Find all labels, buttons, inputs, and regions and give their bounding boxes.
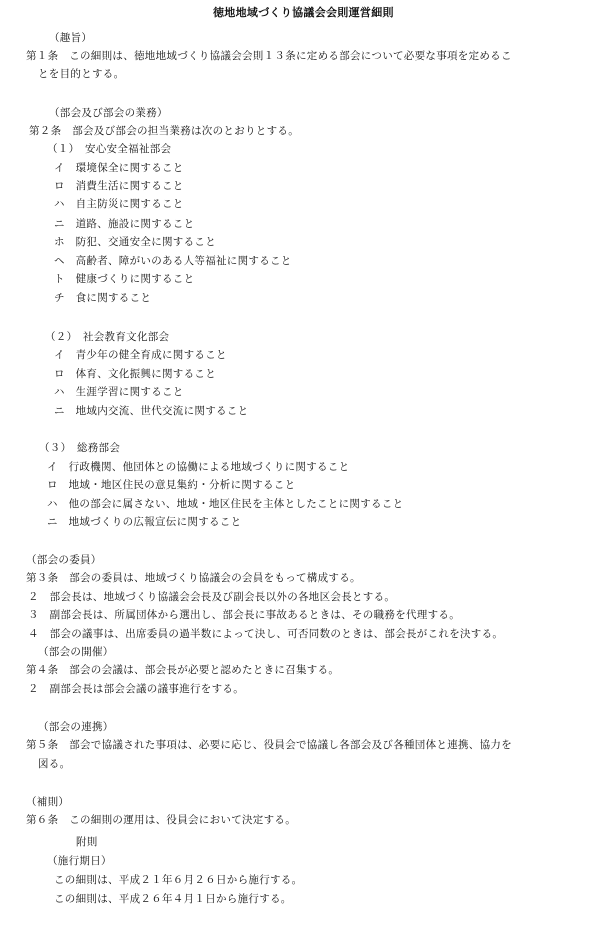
document-line: 第３条 部会の委員は、地域づくり協議会の会員をもって構成する。 (26, 571, 361, 585)
document-line: ヘ 高齢者、障がいのある人等福祉に関すること (54, 254, 292, 268)
document-line: 第６条 この細則の運用は、役員会において決定する。 (26, 813, 296, 827)
document-line: イ 環境保全に関すること (54, 161, 184, 175)
document-line: この細則は、平成２６年４月１日から施行する。 (54, 892, 292, 906)
document-line: ハ 自主防災に関すること (54, 197, 184, 211)
document-line: （部会の連携） (38, 720, 114, 734)
document-line: ３ 副部会長は、所属団体から選出し、部会長に事故あるときは、その職務を代理する。 (28, 608, 460, 622)
document-line: ニ 地域内交流、世代交流に関すること (54, 404, 248, 418)
document-line: ロ 消費生活に関すること (54, 179, 184, 193)
document-line: 第２条 部会及び部会の担当業務は次のとおりとする。 (29, 124, 299, 138)
document-line: （部会の開催） (38, 645, 114, 659)
document-line: （部会及び部会の業務） (49, 106, 168, 120)
document-line: ハ 他の部会に属さない、地域・地区住民を主体としたことに関すること (47, 497, 403, 511)
document-title: 徳地地域づくり協議会会則運営細則 (213, 6, 394, 20)
document-line: 第１条 この細則は、徳地地域づくり協議会会則１３条に定める部会について必要な事項… (26, 49, 512, 63)
document-line: （補則） (26, 795, 69, 809)
document-line: （１） 安心安全福祉部会 (47, 142, 171, 156)
document-line: 附則 (76, 835, 98, 849)
document-line: ニ 道路、施設に関すること (54, 217, 194, 231)
document-line: （２） 社会教育文化部会 (45, 330, 169, 344)
document-line: ２ 部会長は、地域づくり協議会会長及び副会長以外の各地区会長とする。 (28, 590, 395, 604)
document-line: ト 健康づくりに関すること (54, 272, 194, 286)
document-line: ホ 防犯、交通安全に関すること (54, 235, 216, 249)
document-line: この細則は、平成２１年６月２６日から施行する。 (54, 873, 302, 887)
document-line: ロ 体育、文化振興に関すること (54, 367, 216, 381)
document-line: （施行期日） (47, 854, 112, 868)
document-line: 第４条 部会の会議は、部会長が必要と認めたときに召集する。 (26, 663, 339, 677)
document-line: ２ 副部会長は部会会議の議事進行をする。 (28, 682, 244, 696)
document-line: 図る。 (38, 757, 70, 771)
document-line: とを目的とする。 (38, 67, 124, 81)
document-line: ４ 部会の議事は、出席委員の過半数によって決し、可否同数のときは、部会長がこれを… (28, 627, 503, 641)
document-line: 第５条 部会で協議された事項は、必要に応じ、役員会で協議し各部会及び各種団体と連… (26, 738, 512, 752)
document-line: ロ 地域・地区住民の意見集約・分析に関すること (47, 478, 295, 492)
document-line: （部会の委員） (26, 553, 102, 567)
document-line: ハ 生涯学習に関すること (54, 385, 184, 399)
document-line: チ 食に関すること (54, 291, 151, 305)
document-line: ニ 地域づくりの広報宣伝に関すること (47, 515, 241, 529)
document-line: （３） 総務部会 (39, 441, 120, 455)
document-line: イ 行政機関、他団体との協働による地域づくりに関すること (47, 460, 349, 474)
document-line: イ 青少年の健全育成に関すること (54, 348, 227, 362)
document-line: （趣旨） (49, 31, 92, 45)
